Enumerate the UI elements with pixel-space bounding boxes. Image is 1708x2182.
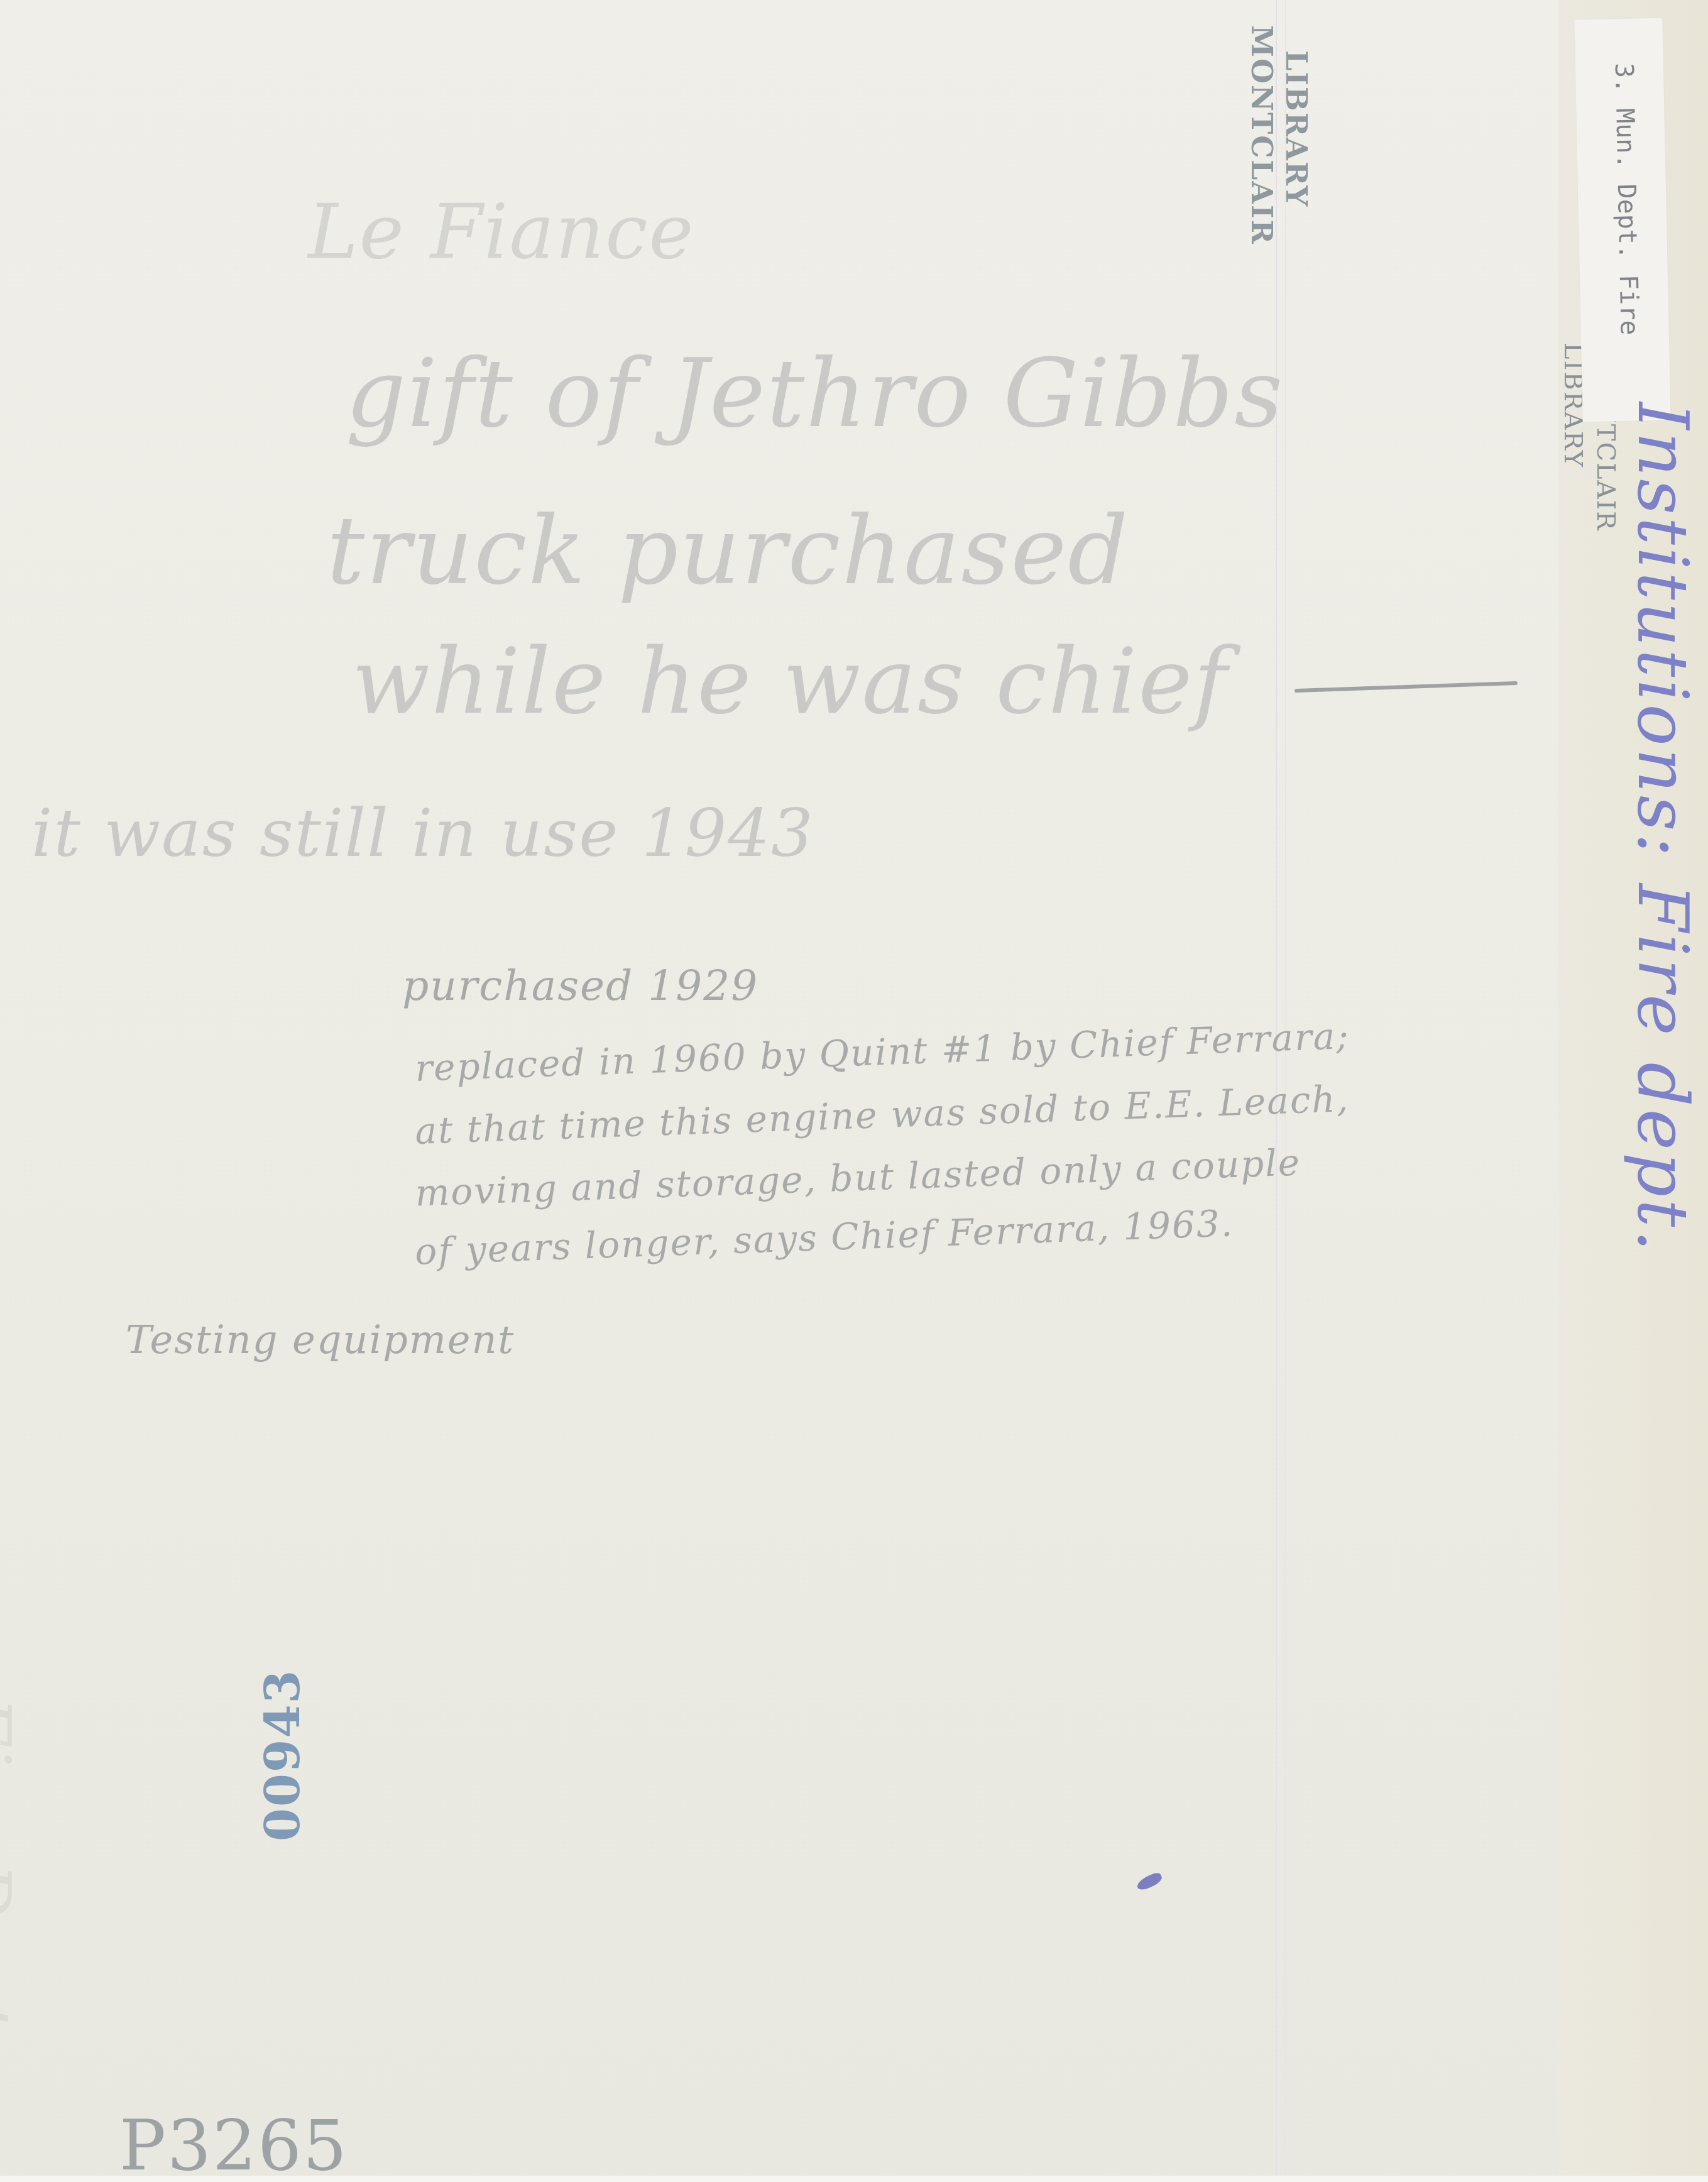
faint-top-note: Le Fiance [308, 189, 695, 276]
accession-number-stamp: 00943 [255, 1669, 310, 1841]
typed-label-slip: 3. Mun. Dept. Fire [1574, 18, 1670, 422]
bottom-edge [0, 2176, 1708, 2182]
cursive-line-3: while he was chief [352, 628, 1229, 735]
cursive-line-1: gift of Jethro Gibbs [346, 339, 1284, 449]
label-slip-text: 3. Mun. Dept. Fire [1609, 62, 1644, 335]
still-in-use-note: it was still in use 1943 [31, 795, 814, 872]
caption-testing-equipment: Testing equipment [126, 1317, 515, 1362]
cursive-line-2: truck purchased [327, 496, 1129, 606]
blue-ink-margin-note: Institutions: Fire dept. [1623, 402, 1703, 1254]
stamp-line-1: MONTCLAIR [1245, 25, 1279, 245]
library-stamp-top: MONTCLAIR LIBRARY [1203, 25, 1317, 214]
history-line-1: purchased 1929 [402, 962, 758, 1010]
stamp-line-2: LIBRARY [1279, 50, 1313, 207]
catalog-number: P3265 [119, 2105, 348, 2182]
left-margin-faint-note: Fire Dept. [0, 1697, 25, 2053]
photo-verso-paper [0, 0, 1708, 2182]
